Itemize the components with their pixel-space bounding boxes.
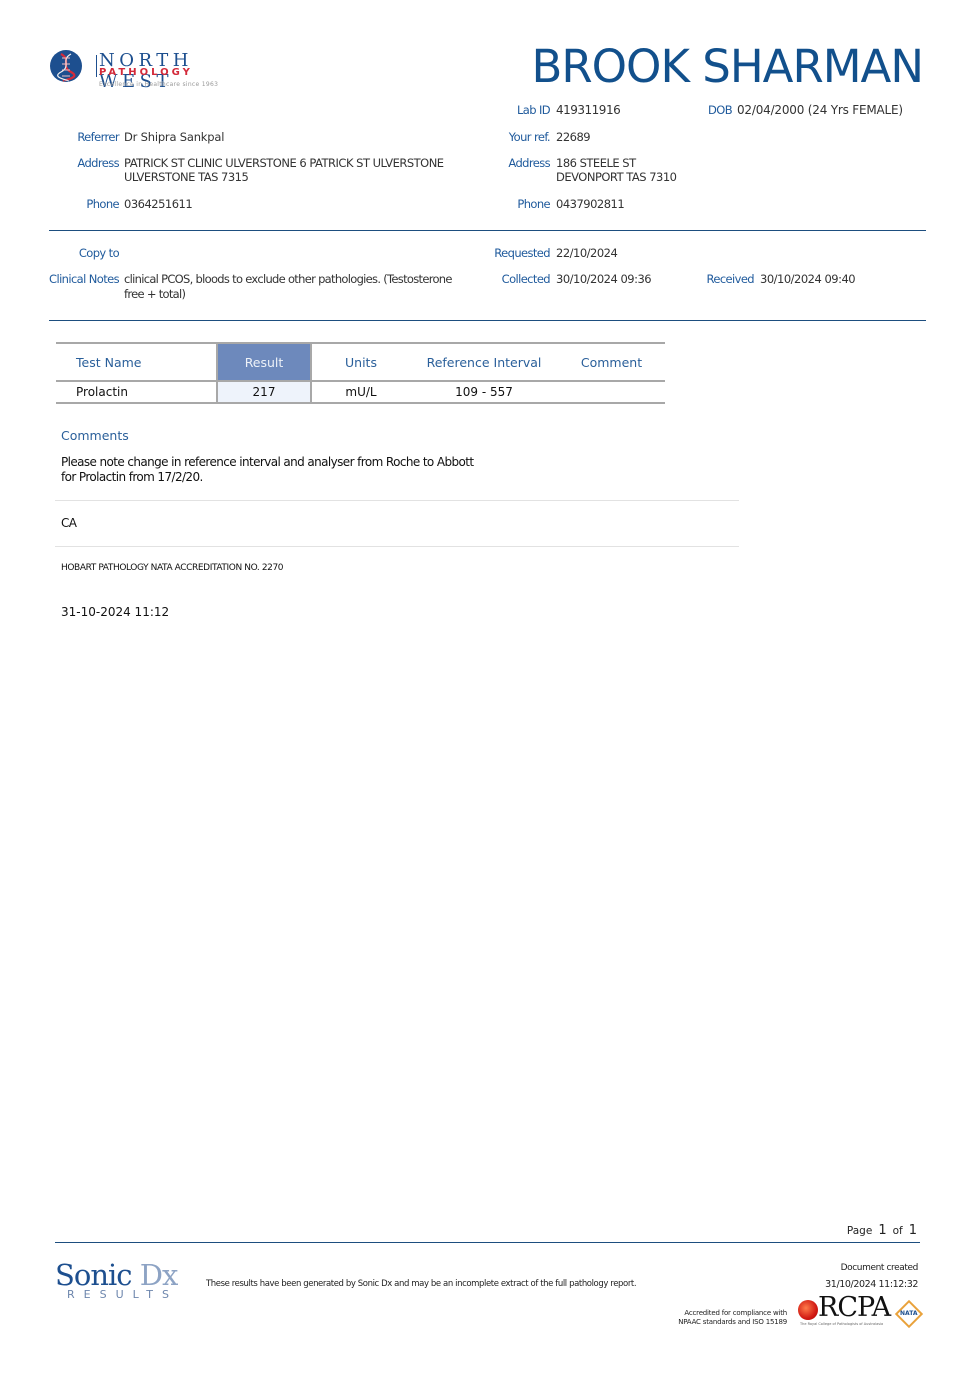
rcpa-subtitle: The Royal College of Pathologists of Aus… — [800, 1322, 883, 1326]
referrer-phone-label: Phone — [40, 197, 119, 211]
page-label: Page — [847, 1225, 872, 1237]
col-reference-interval: Reference Interval — [410, 343, 558, 381]
comments-divider-1 — [55, 500, 739, 501]
sonic-dx-logo: Sonic Dx RESULTS — [55, 1258, 178, 1301]
page-total: 1 — [909, 1223, 917, 1238]
requested-value: 22/10/2024 — [556, 246, 617, 260]
referrer-phone-value: 0364251611 — [124, 197, 192, 211]
comment-line2: for Prolactin from 17/2/20. — [61, 470, 203, 485]
comment-line1: Please note change in reference interval… — [61, 455, 473, 470]
rcpa-emblem-icon — [798, 1300, 818, 1320]
footer-disclaimer: These results have been generated by Son… — [206, 1279, 636, 1289]
received-value: 30/10/2024 09:40 — [760, 272, 855, 286]
page-current: 1 — [878, 1223, 886, 1238]
comment-cell — [558, 381, 665, 403]
patient-phone-value: 0437902811 — [556, 197, 624, 211]
reference-interval-cell: 109 - 557 — [410, 381, 558, 403]
results-header-row: Test Name Result Units Reference Interva… — [56, 343, 665, 381]
test-name-cell: Prolactin — [56, 381, 217, 403]
col-result: Result — [217, 343, 311, 381]
received-label: Received — [680, 272, 754, 286]
rcpa-wordmark: RCPA — [818, 1292, 890, 1323]
logo-divider — [96, 55, 97, 77]
request-divider — [49, 320, 926, 321]
referrer-address-line2: ULVERSTONE TAS 7315 — [124, 170, 248, 184]
rcpa-logo: RCPA The Royal College of Pathologists o… — [798, 1298, 893, 1328]
dob-value: 02/04/2000 (24 Yrs FEMALE) — [737, 103, 903, 117]
sonic-dx-wordmark: Sonic Dx — [55, 1258, 178, 1292]
dna-logo-icon — [50, 50, 82, 82]
results-word: RESULTS — [67, 1288, 178, 1301]
col-test-name: Test Name — [56, 343, 217, 381]
logo-tagline: Excellence in Healthcare since 1963 — [99, 81, 218, 88]
accreditation-statement: Accredited for compliance with NPAAC sta… — [678, 1309, 787, 1327]
accreditation-line1: Accredited for compliance with — [678, 1309, 787, 1318]
nata-logo: NATA — [897, 1302, 921, 1326]
patient-phone-label: Phone — [480, 197, 550, 211]
comments-title: Comments — [61, 428, 129, 443]
page-of: of — [893, 1225, 903, 1237]
patient-address-line2: DEVONPORT TAS 7310 — [556, 170, 676, 184]
north-west-pathology-logo: NORTH WEST PATHOLOGY Excellence in Healt… — [50, 50, 270, 92]
collected-label: Collected — [470, 272, 550, 286]
referrer-address-line1: PATRICK ST CLINIC ULVERSTONE 6 PATRICK S… — [124, 156, 444, 170]
result-cell: 217 — [217, 381, 311, 403]
col-units: Units — [311, 343, 410, 381]
table-row: Prolactin 217 mU/L 109 - 557 — [56, 381, 665, 403]
footer-divider — [55, 1242, 920, 1243]
sonic-word: Sonic — [55, 1258, 132, 1292]
dob-label: DOB — [690, 103, 732, 117]
copy-to-label: Copy to — [40, 246, 119, 260]
page-indicator: Page1of1 — [847, 1223, 917, 1238]
your-ref-value: 22689 — [556, 130, 590, 144]
lab-id-value: 419311916 — [556, 103, 620, 117]
clinical-notes-line2: free + total) — [124, 287, 185, 301]
accreditation-line2: NPAAC standards and ISO 15189 — [678, 1318, 787, 1327]
your-ref-label: Your ref. — [480, 130, 550, 144]
comment-initials: CA — [61, 516, 76, 531]
results-table: Test Name Result Units Reference Interva… — [56, 342, 665, 404]
report-timestamp: 31-10-2024 11:12 — [61, 605, 169, 619]
referrer-address-label: Address — [40, 156, 119, 170]
lab-id-label: Lab ID — [490, 103, 550, 117]
referrer-value: Dr Shipra Sankpal — [124, 130, 224, 144]
accreditation-note: HOBART PATHOLOGY NATA ACCREDITATION NO. … — [61, 563, 283, 573]
clinical-notes-label: Clinical Notes — [30, 272, 119, 286]
referrer-label: Referrer — [40, 130, 119, 144]
collected-value: 30/10/2024 09:36 — [556, 272, 651, 286]
dx-word: Dx — [140, 1258, 178, 1292]
header-divider — [49, 230, 926, 231]
patient-name: BROOK SHARMAN — [531, 40, 923, 93]
patient-address-line1: 186 STEELE ST — [556, 156, 636, 170]
nata-text: NATA — [900, 1310, 917, 1317]
col-comment: Comment — [558, 343, 665, 381]
document-created-label: Document created — [841, 1263, 918, 1273]
document-created-value: 31/10/2024 11:12:32 — [825, 1279, 918, 1290]
comments-divider-2 — [55, 546, 739, 547]
logo-line2: PATHOLOGY — [99, 67, 193, 78]
requested-label: Requested — [470, 246, 550, 260]
clinical-notes-line1: clinical PCOS, bloods to exclude other p… — [124, 272, 452, 286]
units-cell: mU/L — [311, 381, 410, 403]
patient-address-label: Address — [480, 156, 550, 170]
